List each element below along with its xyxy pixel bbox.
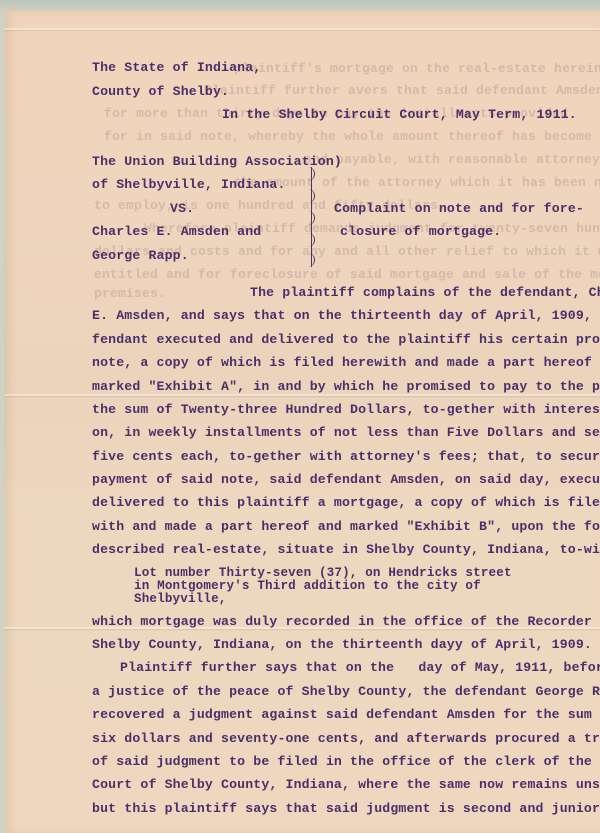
body-line: a justice of the peace of Shelby County,…: [92, 684, 600, 699]
body-line: the sum of Twenty-three Hundred Dollars,…: [92, 402, 600, 417]
body-line: marked "Exhibit A", in and by which he p…: [92, 379, 600, 394]
body-line: Shelby County, Indiana, on the thirteent…: [92, 637, 592, 652]
body-line: recovered a judgment against said defend…: [92, 707, 600, 722]
paper-fold: [4, 394, 600, 396]
property-line: Shelbyville,: [134, 592, 227, 606]
complaint-title-2: closure of mortgage.: [340, 224, 501, 239]
bleed-through-text: premises.: [94, 286, 166, 301]
body-line: Court of Shelby County, Indiana, where t…: [92, 777, 600, 792]
complaint-title-1: Complaint on note and for fore-: [334, 201, 584, 216]
bleed-through-text: Plaintiff further avers that said defend…: [204, 83, 600, 98]
defendant-name-1: Charles E. Amsden and: [92, 224, 261, 239]
body-line: on, in weekly installments of not less t…: [92, 425, 600, 440]
plaintiff-location: of Shelbyville, Indiana.: [92, 177, 286, 192]
court-heading: In the Shelby Circuit Court, May Term, 1…: [222, 107, 577, 122]
body-line: with and made a part hereof and marked "…: [92, 519, 600, 534]
body-line: but this plaintiff says that said judgme…: [92, 801, 600, 816]
body-line: fendant executed and delivered to the pl…: [92, 332, 600, 347]
property-line: in Montgomery's Third addition to the ci…: [134, 579, 481, 593]
body-line: note, a copy of which is filed herewith …: [92, 355, 600, 370]
body-line: Plaintiff further says that on the day o…: [120, 660, 600, 675]
document-page: plaintiff's mortgage on the real-estate …: [4, 11, 600, 833]
plaintiff-name: The Union Building Association): [92, 154, 342, 169]
caption-brace: [311, 167, 320, 267]
bleed-through-text: plaintiff's mortgage on the real-estate …: [234, 61, 600, 76]
body-line: of said judgment to be filed in the offi…: [92, 754, 600, 769]
county-line: County of Shelby.: [92, 84, 229, 99]
defendant-name-2: George Rapp.: [92, 248, 189, 263]
body-line: five cents each, to-gether with attorney…: [92, 449, 600, 464]
bleed-through-text: the amount of the attorney which it has …: [234, 175, 600, 190]
body-line: The plaintiff complains of the defendant…: [250, 285, 600, 300]
bleed-through-text: and payable, with reasonable attorney's …: [304, 152, 600, 167]
body-line: E. Amsden, and says that on the thirteen…: [92, 308, 600, 323]
property-line: Lot number Thirty-seven (37), on Hendric…: [134, 566, 512, 580]
body-line: described real-estate, situate in Shelby…: [92, 542, 600, 557]
paper-edge: [4, 28, 600, 30]
state-line: The State of Indiana,: [92, 60, 261, 75]
body-line: six dollars and seventy-one cents, and a…: [92, 731, 600, 746]
versus-label: VS.: [170, 201, 194, 216]
body-line: delivered to this plaintiff a mortgage, …: [92, 495, 600, 510]
bleed-through-text: for in said note, whereby the whole amou…: [104, 129, 600, 144]
body-line: which mortgage was duly recorded in the …: [92, 614, 600, 629]
body-line: payment of said note, said defendant Ams…: [92, 472, 600, 487]
bleed-through-text: entitled and for foreclosure of said mor…: [94, 267, 600, 282]
